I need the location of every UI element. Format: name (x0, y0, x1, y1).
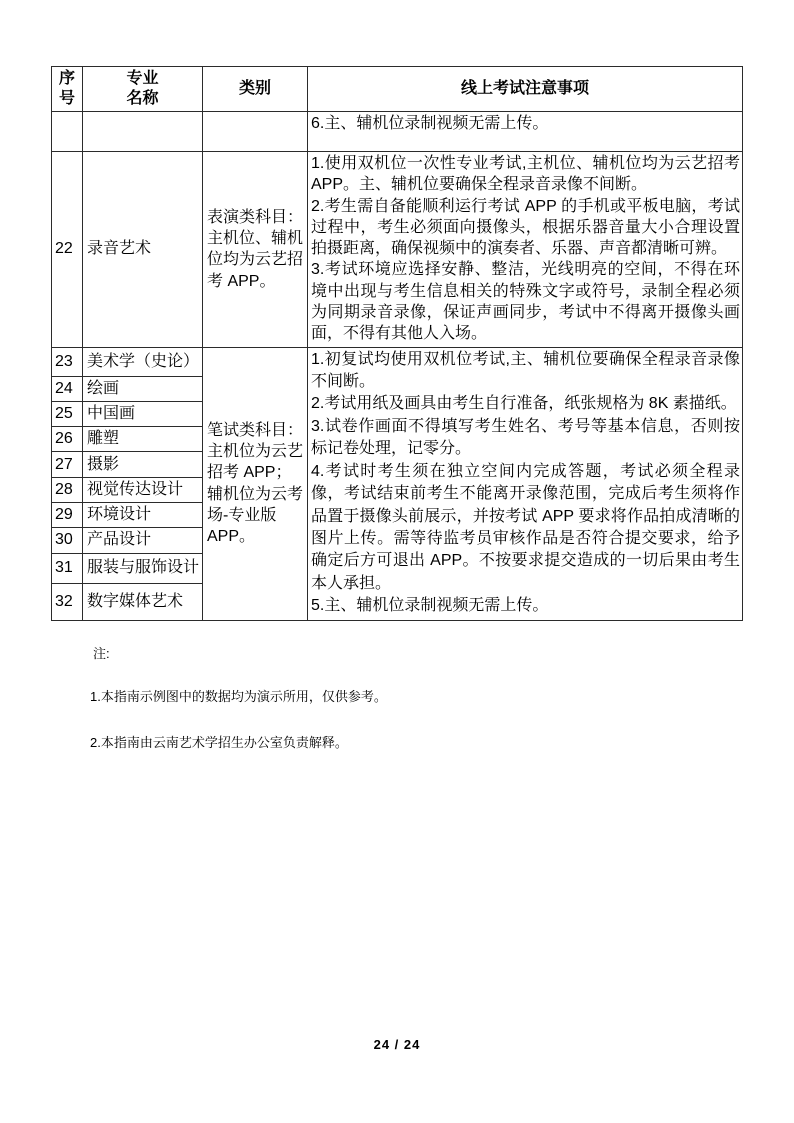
cell-name-31: 服装与服饰设计 (83, 553, 203, 583)
cell-name-24: 绘画 (83, 376, 203, 401)
header-cell-category: 类别 (203, 67, 308, 112)
table-header-row: 序 号 专业 名称 类别 线上考试注意事项 (52, 67, 743, 112)
table-row-22: 22 录音艺术 表演类科目：主机位、辅机位均为云艺招考 APP。 1.使用双机位… (52, 152, 743, 348)
cell-name-28: 视觉传达设计 (83, 478, 203, 503)
document-page: 序 号 专业 名称 类别 线上考试注意事项 6.主、辅机位录制视频无需上传。 2… (0, 0, 794, 1123)
cell-no-29: 29 (52, 503, 83, 528)
cell-name-27: 摄影 (83, 452, 203, 478)
table-row-23: 23 美术学（史论） 笔试类科目：主机位为云艺招考 APP；辅机位为云考场-专业… (52, 347, 743, 376)
cell-no-empty (52, 112, 83, 152)
table-row-carryover: 6.主、辅机位录制视频无需上传。 (52, 112, 743, 152)
note-line: 5.主、辅机位录制视频无需上传。 (311, 595, 740, 617)
cell-no-32: 32 (52, 583, 83, 620)
cell-notes-22: 1.使用双机位一次性专业考试,主机位、辅机位均为云艺招考 APP。主、辅机位要确… (308, 152, 743, 348)
exam-notes-table: 序 号 专业 名称 类别 线上考试注意事项 6.主、辅机位录制视频无需上传。 2… (51, 66, 743, 621)
remark-item-2: 2.本指南由云南艺术学招生办公室负责解释。 (90, 734, 348, 751)
cell-name-29: 环境设计 (83, 503, 203, 528)
note-line: 3.试卷作画面不得填写考生姓名、考号等基本信息，否则按标记卷处理，记零分。 (311, 416, 740, 461)
page-number: 24 / 24 (0, 1037, 794, 1052)
cell-name-26: 雕塑 (83, 427, 203, 452)
cell-category-group: 笔试类科目：主机位为云艺招考 APP；辅机位为云考场-专业版 APP。 (203, 347, 308, 620)
note-line: 2.考试用纸及画具由考生自行准备，纸张规格为 8K 素描纸。 (311, 393, 740, 415)
cell-no-23: 23 (52, 347, 83, 376)
cell-name-empty (83, 112, 203, 152)
cell-no-22: 22 (52, 152, 83, 348)
cell-no-31: 31 (52, 553, 83, 583)
remarks-label: 注: (93, 645, 110, 662)
note-line: 1.使用双机位一次性专业考试,主机位、辅机位均为云艺招考 APP。主、辅机位要确… (311, 153, 740, 196)
header-cell-major: 专业 名称 (83, 67, 203, 112)
cell-name-22: 录音艺术 (83, 152, 203, 348)
cell-no-30: 30 (52, 528, 83, 553)
header-cell-no: 序 号 (52, 67, 83, 112)
cell-notes-group: 1.初复试均使用双机位考试,主、辅机位要确保全程录音录像不间断。 2.考试用纸及… (308, 347, 743, 620)
cell-name-32: 数字媒体艺术 (83, 583, 203, 620)
cell-no-24: 24 (52, 376, 83, 401)
note-line: 3.考试环境应选择安静、整洁，光线明亮的空间，不得在环境中出现与考生信息相关的特… (311, 259, 740, 344)
cell-name-30: 产品设计 (83, 528, 203, 553)
note-line: 1.初复试均使用双机位考试,主、辅机位要确保全程录音录像不间断。 (311, 349, 740, 394)
remark-item-1: 1.本指南示例图中的数据均为演示所用，仅供参考。 (90, 688, 387, 705)
note-line: 4.考试时考生须在独立空间内完成答题，考试必须全程录像，考试结束前考生不能离开录… (311, 461, 740, 595)
note-line: 6.主、辅机位录制视频无需上传。 (311, 113, 740, 134)
cell-no-26: 26 (52, 427, 83, 452)
cell-no-25: 25 (52, 402, 83, 427)
cell-category-empty (203, 112, 308, 152)
cell-notes-carryover: 6.主、辅机位录制视频无需上传。 (308, 112, 743, 152)
cell-name-23: 美术学（史论） (83, 347, 203, 376)
cell-no-27: 27 (52, 452, 83, 478)
cell-name-25: 中国画 (83, 402, 203, 427)
header-cell-notes: 线上考试注意事项 (308, 67, 743, 112)
note-line: 2.考生需自备能顺利运行考试 APP 的手机或平板电脑，考试过程中，考生必须面向… (311, 196, 740, 260)
cell-no-28: 28 (52, 478, 83, 503)
cell-category-22: 表演类科目：主机位、辅机位均为云艺招考 APP。 (203, 152, 308, 348)
